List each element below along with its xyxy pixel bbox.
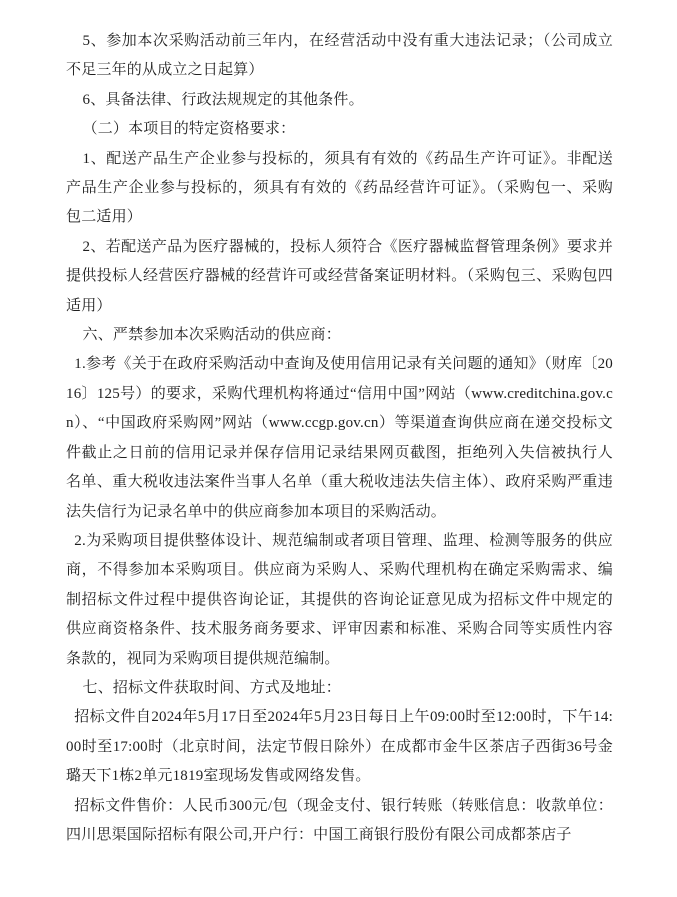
specific-req-2-medical-device: 2、若配送产品为医疗器械的，投标人须符合《医疗器械监督管理条例》要求并提供投标人… (66, 233, 613, 321)
heading-specific-qualification: （二）本项目的特定资格要求： (66, 115, 613, 144)
heading-7-bid-doc-acquisition: 七、招标文件获取时间、方式及地址： (66, 674, 613, 703)
document-page: 5、参加本次采购活动前三年内，在经营活动中没有重大违法记录；（公司成立不足三年的… (0, 0, 677, 897)
heading-6-prohibited-suppliers: 六、严禁参加本次采购活动的供应商： (66, 321, 613, 350)
clause-6-other-conditions: 6、具备法律、行政法规规定的其他条件。 (66, 86, 613, 115)
bid-doc-price-and-bank-info: 招标文件售价：人民币300元/包（现金支付、银行转账（转账信息：收款单位：四川思… (66, 792, 613, 851)
prohibited-1-credit-records: 1.参考《关于在政府采购活动中查询及使用信用记录有关问题的通知》（财库〔2016… (66, 350, 613, 526)
prohibited-2-consulting-suppliers: 2.为采购项目提供整体设计、规范编制或者项目管理、监理、检测等服务的供应商，不得… (66, 527, 613, 674)
specific-req-1-drug-license: 1、配送产品生产企业参与投标的，须具有有效的《药品生产许可证》。非配送产品生产企… (66, 145, 613, 233)
clause-5-no-major-violations: 5、参加本次采购活动前三年内，在经营活动中没有重大违法记录；（公司成立不足三年的… (66, 27, 613, 86)
bid-doc-time-and-address: 招标文件自2024年5月17日至2024年5月23日每日上午09:00时至12:… (66, 703, 613, 791)
